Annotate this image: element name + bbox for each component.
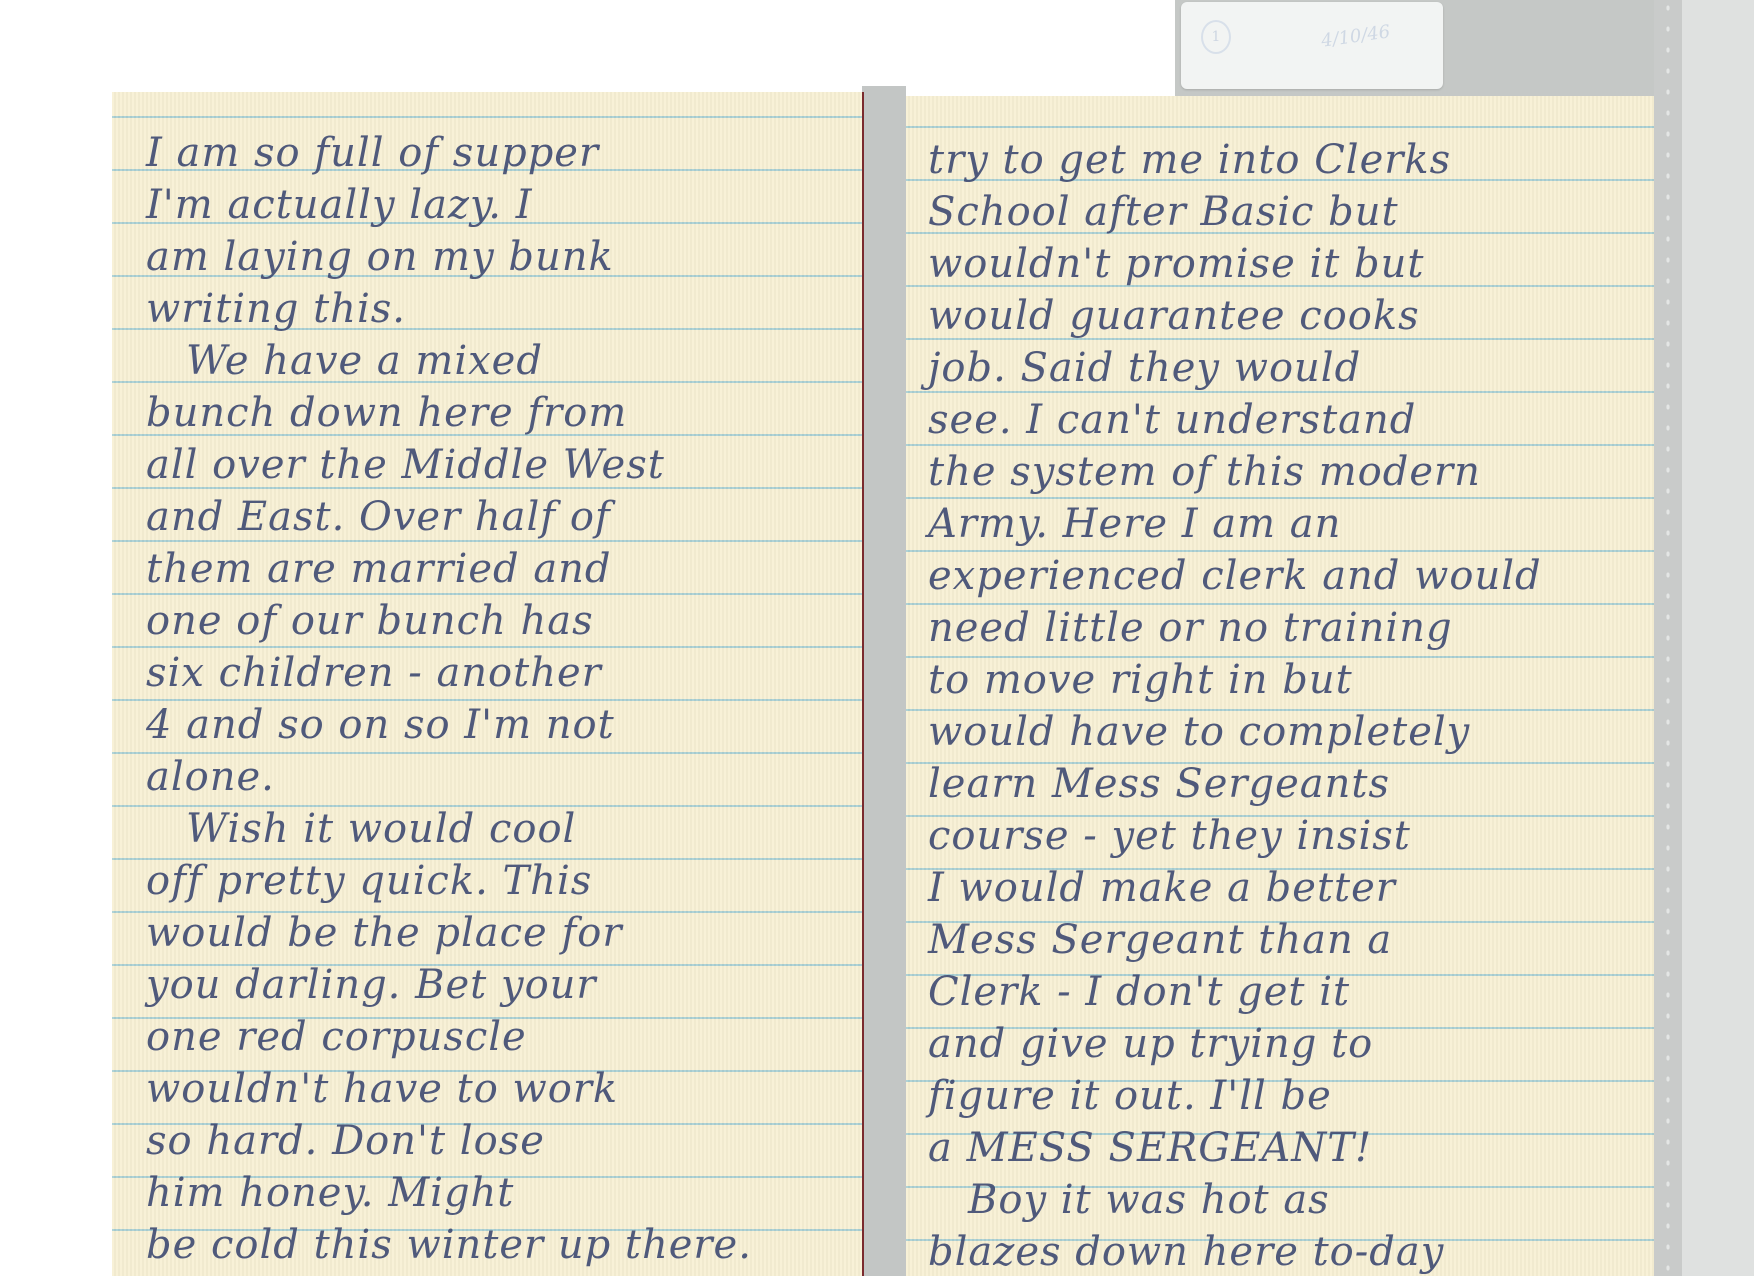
text-line: Mess Sergeant than a xyxy=(928,914,1654,966)
text-line: blazes down here to-day xyxy=(928,1226,1654,1276)
text-line: would have to completely xyxy=(928,706,1654,758)
archive-label: 1 4/10/46 xyxy=(1181,2,1443,89)
text-line: would guarantee cooks xyxy=(928,290,1654,342)
right-page-text: try to get me into Clerks School after B… xyxy=(928,134,1654,1276)
text-line: We have a mixed xyxy=(146,335,862,387)
text-line: need little or no training xyxy=(928,602,1654,654)
text-line: would be the place for xyxy=(146,907,862,959)
text-line: wouldn't promise it but xyxy=(928,238,1654,290)
letter-page-left: I am so full of supper I'm actually lazy… xyxy=(112,92,864,1276)
text-line: and give up trying to xyxy=(928,1018,1654,1070)
text-line: School after Basic but xyxy=(928,186,1654,238)
text-line: writing this. xyxy=(146,283,862,335)
text-line: job. Said they would xyxy=(928,342,1654,394)
text-line: a MESS SERGEANT! xyxy=(928,1122,1654,1174)
text-line: them are married and xyxy=(146,543,862,595)
text-line: Wish it would cool xyxy=(146,803,862,855)
text-line: I'm actually lazy. I xyxy=(146,179,862,231)
letter-page-right: try to get me into Clerks School after B… xyxy=(906,96,1654,1276)
text-line: bunch down here from xyxy=(146,387,862,439)
text-line: I am so full of supper xyxy=(146,127,862,179)
text-line: one of our bunch has xyxy=(146,595,862,647)
label-number: 1 xyxy=(1201,20,1231,54)
text-line: the system of this modern xyxy=(928,446,1654,498)
text-line: see. I can't understand xyxy=(928,394,1654,446)
binder-sleeve xyxy=(1682,0,1754,1276)
text-line: experienced clerk and would xyxy=(928,550,1654,602)
text-line: all over the Middle West xyxy=(146,439,862,491)
text-line: learn Mess Sergeants xyxy=(928,758,1654,810)
text-line: am laying on my bunk xyxy=(146,231,862,283)
text-line: to move right in but xyxy=(928,654,1654,706)
text-line: Army. Here I am an xyxy=(928,498,1654,550)
text-line: and East. Over half of xyxy=(146,491,862,543)
text-line: off pretty quick. This xyxy=(146,855,862,907)
text-line: Boy it was hot as xyxy=(928,1174,1654,1226)
text-line: I would make a better xyxy=(928,862,1654,914)
text-line: alone. xyxy=(146,751,862,803)
text-line: course - yet they insist xyxy=(928,810,1654,862)
text-line: be cold this winter up there. xyxy=(146,1219,862,1271)
text-line: six children - another xyxy=(146,647,862,699)
text-line: you darling. Bet your xyxy=(146,959,862,1011)
text-line: wouldn't have to work xyxy=(146,1063,862,1115)
binder-sleeve-edge xyxy=(1654,0,1683,1276)
text-line: him honey. Might xyxy=(146,1167,862,1219)
label-code: 4/10/46 xyxy=(1320,21,1392,51)
text-line: 4 and so on so I'm not xyxy=(146,699,862,751)
text-line: try to get me into Clerks xyxy=(928,134,1654,186)
text-line: figure it out. I'll be xyxy=(928,1070,1654,1122)
text-line: so hard. Don't lose xyxy=(146,1115,862,1167)
text-line: one red corpuscle xyxy=(146,1011,862,1063)
page-gutter xyxy=(862,86,906,1276)
text-line: Clerk - I don't get it xyxy=(928,966,1654,1018)
left-page-text: I am so full of supper I'm actually lazy… xyxy=(146,127,862,1271)
